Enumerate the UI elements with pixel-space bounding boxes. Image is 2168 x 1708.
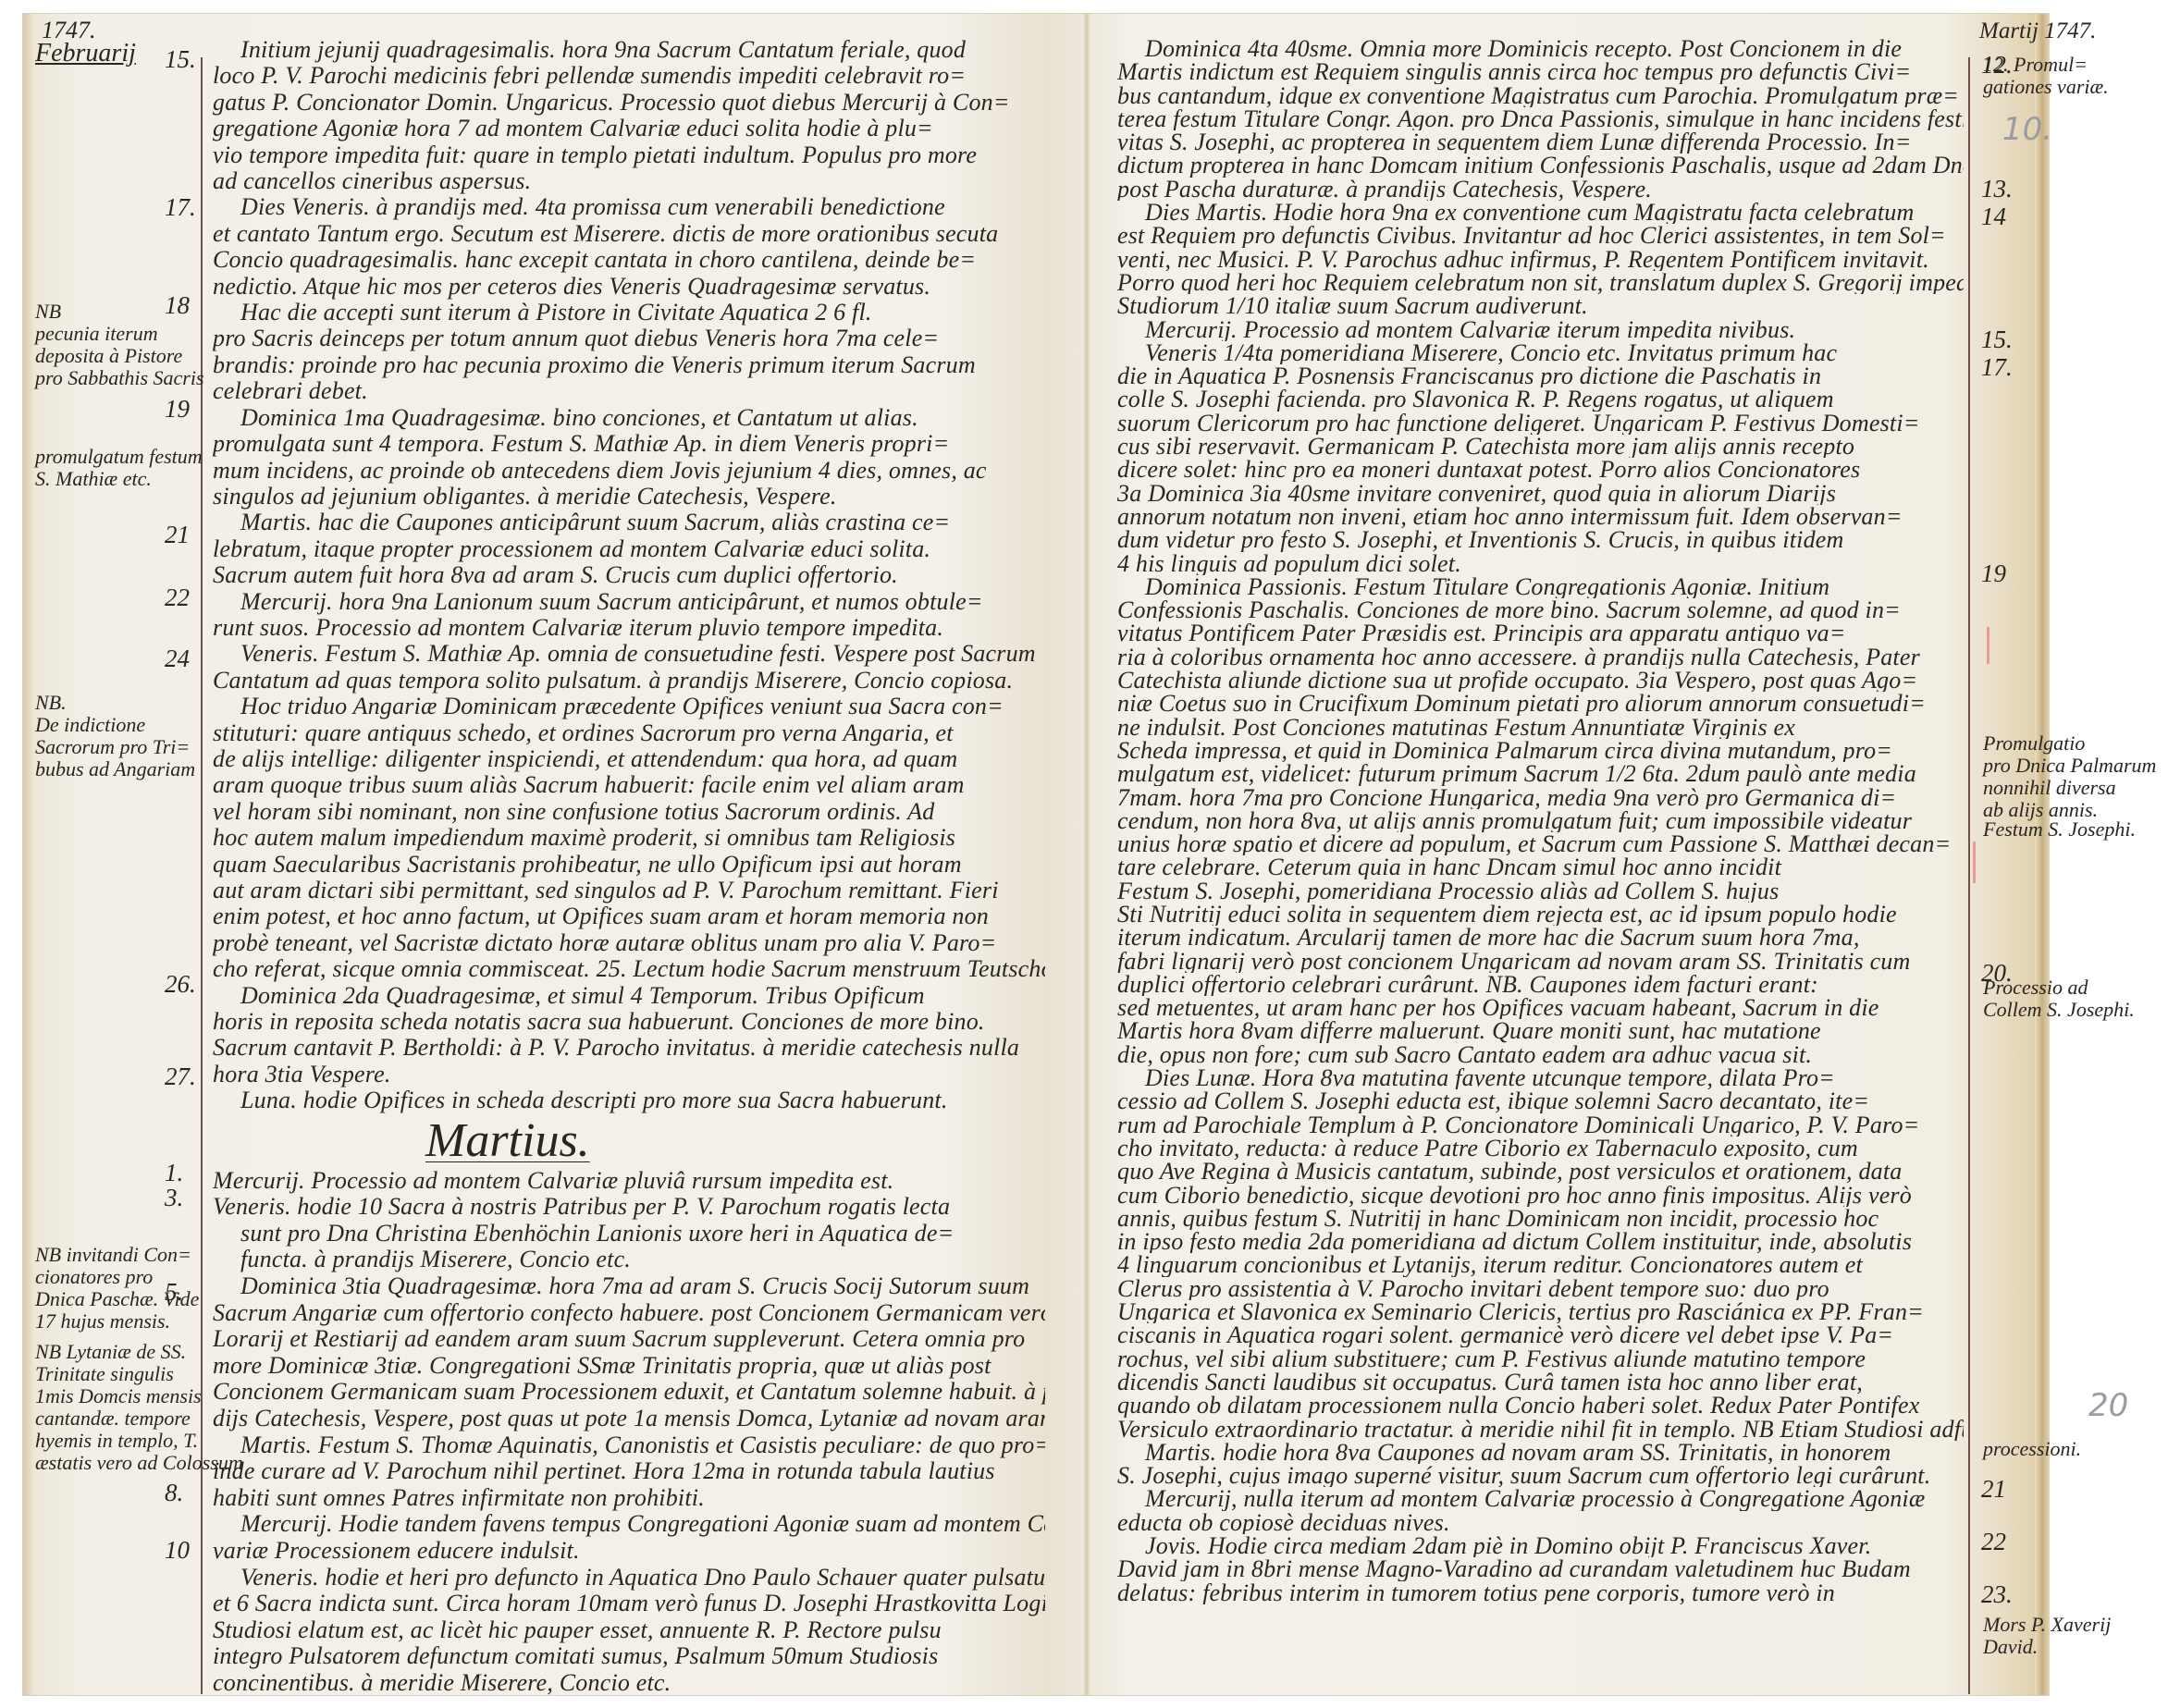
text-line: bus cantandum, idque ex conventione Magi… (1117, 84, 1964, 107)
text-line: Cantatum ad quas tempora solito pulsatum… (213, 668, 1045, 694)
text-line: Concionem Germanicam suam Processionem e… (213, 1379, 1045, 1406)
margin-note-line: S. Mathiæ etc. (35, 468, 203, 490)
text-line: Sacrum cantavit P. Bertholdi: à P. V. Pa… (213, 1035, 1045, 1061)
text-line: cho invitato, reducta: à reduce Patre Ci… (1117, 1137, 1964, 1160)
text-line: Festum S. Josephi, pomeridiana Processio… (1117, 879, 1964, 903)
book-gutter (1084, 14, 1090, 1695)
text-line: stituturi: quare antiquus schedo, et ord… (213, 720, 1045, 746)
text-line: Concio quadragesimalis. hanc excepit can… (213, 247, 1045, 273)
margin-date: 22 (165, 586, 190, 608)
margin-note-line: 12. Promul= (1983, 54, 2109, 76)
text-line: enim potest, et hoc anno factum, ut Opif… (213, 903, 1045, 929)
text-line: Martis. hodie hora 8va Caupones ad novam… (1117, 1441, 1964, 1464)
text-line: Mercurij. Hodie tandem favens tempus Con… (213, 1511, 1045, 1538)
text-line: celebrari debet. (213, 378, 1045, 404)
text-line: Confessionis Paschalis. Conciones de mor… (1117, 598, 1964, 621)
pencil-folio-number: 20 (2088, 1387, 2128, 1424)
margin-note-line: NB invitandi Con= (35, 1244, 199, 1266)
text-line: Studiorum 1/10 italiæ suum Sacrum audive… (1117, 294, 1964, 317)
margin-note-line: bubus ad Angariam (35, 758, 195, 780)
text-line: singulos ad jejunium obligantes. à merid… (213, 484, 1045, 510)
text-line: dum videtur pro festo S. Josephi, et Inv… (1117, 528, 1964, 551)
text-line: probè teneant, vel Sacristæ dictato horæ… (213, 930, 1045, 956)
text-line: dicere solet: hinc pro ea moneri duntaxa… (1117, 458, 1964, 481)
margin-note-line: pro Sabbathis Sacris (35, 367, 204, 389)
margin-note-line: NB. (35, 692, 195, 714)
text-line: Hoc triduo Angariæ Dominicam præcedente … (213, 694, 1045, 719)
margin-date: 22 (1981, 1530, 2006, 1553)
text-line: rum ad Parochiale Templum à P. Concionat… (1117, 1113, 1964, 1137)
text-line: Dominica Passionis. Festum Titulare Cong… (1117, 575, 1964, 598)
text-line: Catechista aliunde dictione sua ut profi… (1117, 669, 1964, 692)
margin-date: 19 (1981, 562, 2006, 584)
margin-date: 14 (1981, 205, 2006, 227)
text-line: Martis. hac die Caupones anticipârunt su… (213, 510, 1045, 535)
text-line: hora 3tia Vespere. (213, 1062, 1045, 1087)
text-line: cum Ciborio benedictio, sicque devotioni… (1117, 1184, 1964, 1207)
margin-note-line: Mors P. Xaverij (1983, 1614, 2111, 1636)
text-line: Dies Veneris. à prandijs med. 4ta promis… (213, 194, 1045, 220)
text-line: cendum, non hora 8va, ut alijs annis pro… (1117, 809, 1964, 832)
text-line: Sacrum autem fuit hora 8va ad aram S. Cr… (213, 562, 1045, 588)
margin-date: 10 (165, 1539, 190, 1561)
text-line: dictum propterea in hanc Domcam initium … (1117, 154, 1964, 177)
margin-note-line: nonnihil diversa (1983, 777, 2156, 799)
margin-note: promulgatum festumS. Mathiæ etc. (35, 446, 203, 490)
text-line: iterum indicatum. Arcularij tamen de mor… (1117, 926, 1964, 949)
text-line: colle S. Josephi facienda. pro Slavonica… (1117, 387, 1964, 411)
text-line: vel horam sibi nominant, non sine confus… (213, 799, 1045, 825)
text-line: Dominica 1ma Quadragesimæ. bino concione… (213, 405, 1045, 431)
text-line: tare celebrare. Ceterum quia in hanc Dnc… (1117, 855, 1964, 879)
margin-date: 26. (165, 973, 196, 995)
margin-date: 15. (165, 48, 196, 70)
margin-note-line: promulgatum festum (35, 446, 203, 468)
text-line: concinentibus. à meridie Miserere, Conci… (213, 1670, 1045, 1697)
text-line: promulgata sunt 4 tempora. Festum S. Mat… (213, 431, 1045, 457)
text-line: delatus: febribus interim in tumorem tot… (1117, 1581, 1964, 1604)
margin-note-line: cantandæ. tempore (35, 1407, 243, 1430)
text-line: runt suos. Processio ad montem Calvariæ … (213, 615, 1045, 641)
text-line: Dies Martis. Hodie hora 9na ex conventio… (1117, 201, 1964, 224)
text-line: ciscanis in Aquatica rogari solent. germ… (1117, 1323, 1964, 1346)
margin-note: Promulgatiopro Dnica Palmarumnonnihil di… (1983, 732, 2156, 821)
text-line: 4 his linguis ad populum dici solet. (1117, 552, 1964, 575)
text-line: venti, nec Musici. P. V. Parochus adhuc … (1117, 248, 1964, 271)
margin-note-line: David. (1983, 1636, 2111, 1658)
text-line: ad cancellos cineribus aspersus. (213, 168, 1045, 194)
text-line: et cantato Tantum ergo. Secutum est Mise… (213, 221, 1045, 247)
text-line: duplici offertorio celebrari curârunt. N… (1117, 973, 1964, 996)
margin-note: Mors P. XaverijDavid. (1983, 1614, 2111, 1658)
text-line: et 6 Sacra indicta sunt. Circa horam 10m… (213, 1591, 1045, 1617)
margin-date: 1. (165, 1161, 183, 1184)
margin-note-line: Processio ad (1983, 977, 2135, 999)
text-line: unius horæ spatio et dicere ad populum, … (1117, 832, 1964, 855)
pencil-folio-number: 10. (2002, 111, 2052, 148)
margin-note-line: NB Lytaniæ de SS. (35, 1341, 243, 1363)
text-line: nedictio. Atque hic mos per ceteros dies… (213, 274, 1045, 300)
margin-note: NB invitandi Con=cionatores proDnica Pas… (35, 1244, 199, 1333)
margin-note: Festum S. Josephi. (1983, 818, 2136, 841)
text-line: suorum Clericorum pro hac functione deli… (1117, 412, 1964, 435)
text-line: pro Sacris deinceps per totum annum quot… (213, 326, 1045, 351)
text-line: Sti Nutritij educi solita in sequentem d… (1117, 903, 1964, 926)
text-line: est Requiem pro defunctis Civibus. Invit… (1117, 224, 1964, 247)
march-entries-continued: Dominica 4ta 40sme. Omnia more Dominicis… (1117, 37, 1964, 1604)
margin-note: NB.De indictioneSacrorum pro Tri=bubus a… (35, 692, 195, 780)
margin-date: 13. (1981, 178, 2013, 200)
margin-date: 23. (1981, 1583, 2013, 1605)
text-line: dijs Catechesis, Vespere, post quas ut p… (213, 1406, 1045, 1432)
text-line: Veneris. Festum S. Mathiæ Ap. omnia de c… (213, 641, 1045, 667)
margin-note-line: hyemis in templo, T. (35, 1430, 243, 1452)
right-page-body: Dominica 4ta 40sme. Omnia more Dominicis… (1117, 37, 1964, 1604)
margin-note-line: 17 hujus mensis. (35, 1310, 199, 1333)
text-line: Lorarij et Restiarij ad eandem aram suum… (213, 1326, 1045, 1353)
february-entries: Initium jejunij quadragesimalis. hora 9n… (213, 37, 1045, 1114)
text-line: horis in reposita scheda notatis sacra s… (213, 1009, 1045, 1035)
margin-note-line: Promulgatio (1983, 732, 2156, 755)
text-line: sed metuentes, ut aram hanc per hos Opif… (1117, 996, 1964, 1019)
text-line: Dominica 2da Quadragesimæ, et simul 4 Te… (213, 983, 1045, 1009)
margin-note: processioni. (1983, 1438, 2081, 1460)
text-line: die, opus non fore; cum sub Sacro Cantat… (1117, 1043, 1964, 1066)
margin-note-line: pro Dnica Palmarum (1983, 755, 2156, 777)
margin-note-line: Trinitate singulis (35, 1363, 243, 1385)
margin-note-line: Sacrorum pro Tri= (35, 736, 195, 758)
margin-date: 21 (1981, 1478, 2006, 1500)
margin-date: 3. (165, 1186, 183, 1209)
margin-date: 21 (165, 523, 190, 546)
text-line: Mercurij. Processio ad montem Calvariæ i… (1117, 318, 1964, 341)
text-line: 3a Dominica 3ia 40sme invitare convenire… (1117, 482, 1964, 505)
text-line: cessio ad Collem S. Josephi educta est, … (1117, 1089, 1964, 1112)
text-line: Veneris 1/4ta pomeridiana Miserere, Conc… (1117, 341, 1964, 364)
text-line: vio tempore impedita fuit: quare in temp… (213, 142, 1045, 168)
text-line: gregatione Agoniæ hora 7 ad montem Calva… (213, 116, 1045, 141)
margin-note-line: Collem S. Josephi. (1983, 999, 2135, 1021)
left-page-body: Initium jejunij quadragesimalis. hora 9n… (213, 37, 1045, 1697)
month-heading-martius: Martius. (213, 1114, 1045, 1168)
margin-date: 17. (165, 196, 196, 218)
margin-note-line: cionatores pro (35, 1266, 199, 1288)
text-line: sunt pro Dna Christina Ebenhöchin Lanion… (213, 1221, 1045, 1247)
text-line: integro Pulsatorem defunctum comitati su… (213, 1643, 1045, 1670)
text-line: Sacrum Angariæ cum offertorio confecto h… (213, 1300, 1045, 1327)
text-line: annis, quibus festum S. Nutritij in hanc… (1117, 1207, 1964, 1230)
text-line: lebratum, itaque propter processionem ad… (213, 536, 1045, 562)
text-line: post Pascha duraturæ. à prandijs Cateche… (1117, 178, 1964, 201)
margin-note: 12. Promul=gationes variæ. (1983, 54, 2109, 98)
text-line: Jovis. Hodie circa mediam 2dam piè in Do… (1117, 1534, 1964, 1557)
margin-note: Processio adCollem S. Josephi. (1983, 977, 2135, 1021)
text-line: quando ob dilatam processionem nulla Con… (1117, 1394, 1964, 1417)
text-line: Clerus pro assistentia à V. Parocho invi… (1117, 1277, 1964, 1300)
text-line: terea festum Titulare Congr. Agon. pro D… (1117, 107, 1964, 130)
text-line: vitatus Pontificem Pater Præsidis est. P… (1117, 621, 1964, 645)
margin-note: NBpecunia iterumdeposita à Pistorepro Sa… (35, 301, 204, 389)
text-line: S. Josephi, cujus imago superné visitur,… (1117, 1464, 1964, 1487)
text-line: Dominica 4ta 40sme. Omnia more Dominicis… (1117, 37, 1964, 60)
text-line: Martis indictum est Requiem singulis ann… (1117, 60, 1964, 83)
text-line: ria à coloribus ornamenta hoc anno acces… (1117, 645, 1964, 669)
text-line: Hac die accepti sunt iterum à Pistore in… (213, 300, 1045, 326)
text-line: rochus, vel sibi alium substituere; cum … (1117, 1347, 1964, 1370)
text-line: variæ Processionem educere indulsit. (213, 1538, 1045, 1565)
margin-date: 19 (165, 398, 190, 420)
text-line: hoc autem malum impediendum maximè prode… (213, 825, 1045, 851)
text-line: Dies Lunæ. Hora 8va matutina favente utc… (1117, 1066, 1964, 1089)
left-margin-column: 15.17.181921222426.27.1.3.5.8.10NBpecuni… (28, 0, 202, 1708)
text-line: Mercurij, nulla iterum ad montem Calvari… (1117, 1487, 1964, 1510)
margin-note-line: gationes variæ. (1983, 76, 2109, 98)
text-line: Versiculo extraordinario tractatur. à me… (1117, 1418, 1964, 1441)
text-line: ne indulsit. Post Conciones matutinas Fe… (1117, 716, 1964, 739)
text-line: vitas S. Josephi, ac propterea in sequen… (1117, 130, 1964, 154)
text-line: de alijs intellige: diligenter inspicien… (213, 746, 1045, 772)
margin-note-line: pecunia iterum (35, 323, 204, 345)
text-line: gatus P. Concionator Domin. Ungaricus. P… (213, 90, 1045, 116)
text-line: loco P. V. Parochi medicinis febri pelle… (213, 63, 1045, 89)
text-line: Scheda impressa, et quid in Dominica Pal… (1117, 739, 1964, 762)
right-margin-rule (1968, 57, 1970, 1694)
text-line: more Dominicæ 3tiæ. Congregationi SSmæ T… (213, 1353, 1045, 1380)
text-line: fabri lignarij verò post concionem Ungar… (1117, 950, 1964, 973)
text-line: Porro quod heri hoc Requiem celebratum n… (1117, 271, 1964, 294)
text-line: 4 linguarum concionibus et Lytanijs, ite… (1117, 1253, 1964, 1276)
margin-note-line: æstatis vero ad Colossum (35, 1452, 243, 1474)
margin-note-line: Festum S. Josephi. (1983, 818, 2136, 841)
text-line: Initium jejunij quadragesimalis. hora 9n… (213, 37, 1045, 63)
text-line: Ungarica et Slavonica ex Seminario Cleri… (1117, 1300, 1964, 1323)
text-line: aut aram dictari sibi permittant, sed si… (213, 878, 1045, 903)
text-line: Martis hora 8vam differre maluerunt. Qua… (1117, 1019, 1964, 1042)
text-line: David jam in 8bri mense Magno-Varadino a… (1117, 1557, 1964, 1580)
text-line: cus sibi reservavit. Germanicam P. Catec… (1117, 435, 1964, 458)
margin-date: 8. (165, 1481, 183, 1504)
margin-note: NB Lytaniæ de SS.Trinitate singulis1mis … (35, 1341, 243, 1474)
text-line: Luna. hodie Opifices in scheda descripti… (213, 1087, 1045, 1113)
text-line: educta ob copiosè deciduas nives. (1117, 1511, 1964, 1534)
text-line: brandis: proinde pro hac pecunia proximo… (213, 352, 1045, 378)
text-line: dicendis Sancti laudibus sit occupatus. … (1117, 1370, 1964, 1394)
text-line: die in Aquatica P. Posnensis Franciscanu… (1117, 364, 1964, 387)
text-line: inde curare ad V. Parochum nihil pertine… (213, 1458, 1045, 1485)
margin-date: 24 (165, 647, 190, 670)
text-line: quo Ave Regina à Musicis cantatum, subin… (1117, 1160, 1964, 1183)
margin-note-line: NB (35, 301, 204, 323)
text-line: mum incidens, ac proinde ob antecedens d… (213, 458, 1045, 484)
text-line: Martis. Festum S. Thomæ Aquinatis, Canon… (213, 1432, 1045, 1459)
text-line: 7mam. hora 7ma pro Concione Hungarica, m… (1117, 786, 1964, 809)
text-line: Veneris. hodie 10 Sacra à nostris Patrib… (213, 1194, 1045, 1221)
text-line: functa. à prandijs Miserere, Concio etc. (213, 1247, 1045, 1273)
text-line: annorum notatum non inveni, etiam hoc an… (1117, 505, 1964, 528)
text-line: Dominica 3tia Quadragesimæ. hora 7ma ad … (213, 1273, 1045, 1300)
text-line: Mercurij. hora 9na Lanionum suum Sacrum … (213, 589, 1045, 615)
margin-note-line: 1mis Domcis mensis (35, 1385, 243, 1407)
text-line: niæ Coetus suo in Crucifixum Dominum pie… (1117, 692, 1964, 715)
text-line: in ipso festo media 2da pomeridiana ad d… (1117, 1230, 1964, 1253)
text-line: Studiosi elatum est, ac licèt hic pauper… (213, 1617, 1045, 1644)
margin-note-line: processioni. (1983, 1438, 2081, 1460)
text-line: Mercurij. Processio ad montem Calvariæ p… (213, 1168, 1045, 1195)
margin-note-line: deposita à Pistore (35, 345, 204, 367)
margin-date: 17. (1981, 356, 2013, 378)
right-margin-column: 12.13.1415.17.1920.212223.12. Promul=gat… (1972, 0, 2148, 1708)
margin-note-line: De indictione (35, 714, 195, 736)
margin-note-line: Dnica Paschæ. Vide (35, 1288, 199, 1310)
text-line: mulgatum est, videlicet: futurum primum … (1117, 762, 1964, 785)
text-line: habiti sunt omnes Patres infirmitate non… (213, 1485, 1045, 1512)
march-entries: Mercurij. Processio ad montem Calvariæ p… (213, 1168, 1045, 1697)
margin-date: 27. (165, 1065, 196, 1087)
text-line: Veneris. hodie et heri pro defuncto in A… (213, 1565, 1045, 1591)
text-line: quam Saecularibus Sacristanis prohibeatu… (213, 852, 1045, 878)
text-line: aram quoque tribus suum aliàs Sacrum hab… (213, 772, 1045, 798)
text-line: cho referat, sicque omnia commisceat. 25… (213, 956, 1045, 982)
margin-date: 15. (1981, 328, 2013, 350)
